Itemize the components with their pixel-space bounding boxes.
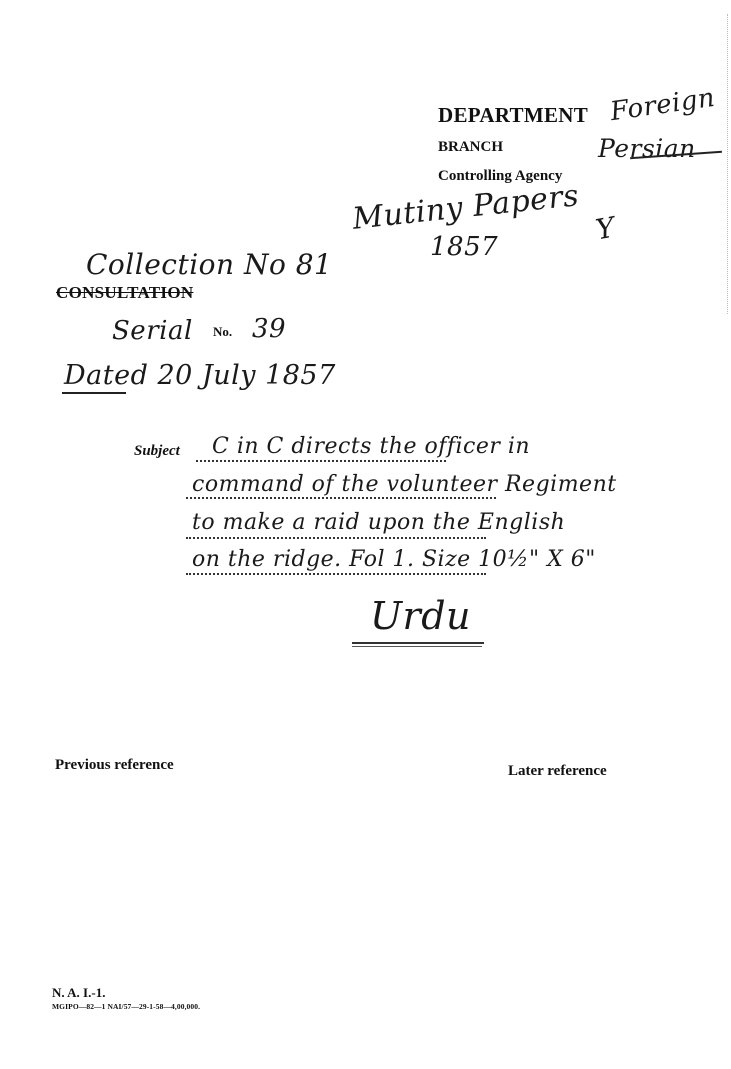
serial-number: 39 (252, 314, 286, 344)
controlling-agency-year: 1857 (430, 232, 498, 262)
language-value: Urdu (370, 594, 471, 638)
print-code: MGIPO—82—1 NAI/57—29-1-58—4,00,000. (52, 1002, 200, 1011)
subject-line: to make a raid upon the English (192, 510, 565, 535)
serial-no-label: No. (213, 324, 232, 340)
branch-value: Persian (598, 134, 696, 163)
subject-line: command of the volunteer Regiment (192, 472, 617, 497)
department-label: DEPARTMENT (438, 103, 588, 128)
check-mark: Y (593, 211, 617, 247)
subject-line: on the ridge. Fol 1. Size 10½" X 6" (192, 547, 596, 572)
later-reference-label: Later reference (508, 763, 607, 780)
branch-label: BRANCH (438, 139, 503, 156)
controlling-agency-value: Mutiny Papers (351, 178, 581, 237)
collection-number: Collection No 81 (86, 248, 332, 281)
subject-dotted-line (186, 537, 486, 539)
serial-word: Serial (112, 316, 193, 346)
subject-dotted-line (186, 497, 496, 499)
consultation-text: CONSULTATION (56, 283, 193, 302)
previous-reference-label: Previous reference (55, 757, 174, 774)
consultation-label: CONSULTATION (56, 283, 193, 303)
subject-dotted-line (186, 573, 486, 575)
scan-edge-artifact (727, 14, 729, 314)
dated-underline (62, 392, 126, 394)
subject-dotted-line (196, 460, 446, 462)
language-underline (352, 646, 482, 647)
dated-value: Dated 20 July 1857 (64, 360, 336, 391)
form-code: N. A. I.-1. (52, 985, 105, 1001)
department-value: Foreign (608, 83, 716, 127)
subject-line: C in C directs the officer in (212, 434, 530, 459)
subject-label: Subject (134, 443, 180, 460)
language-underline (352, 642, 484, 644)
